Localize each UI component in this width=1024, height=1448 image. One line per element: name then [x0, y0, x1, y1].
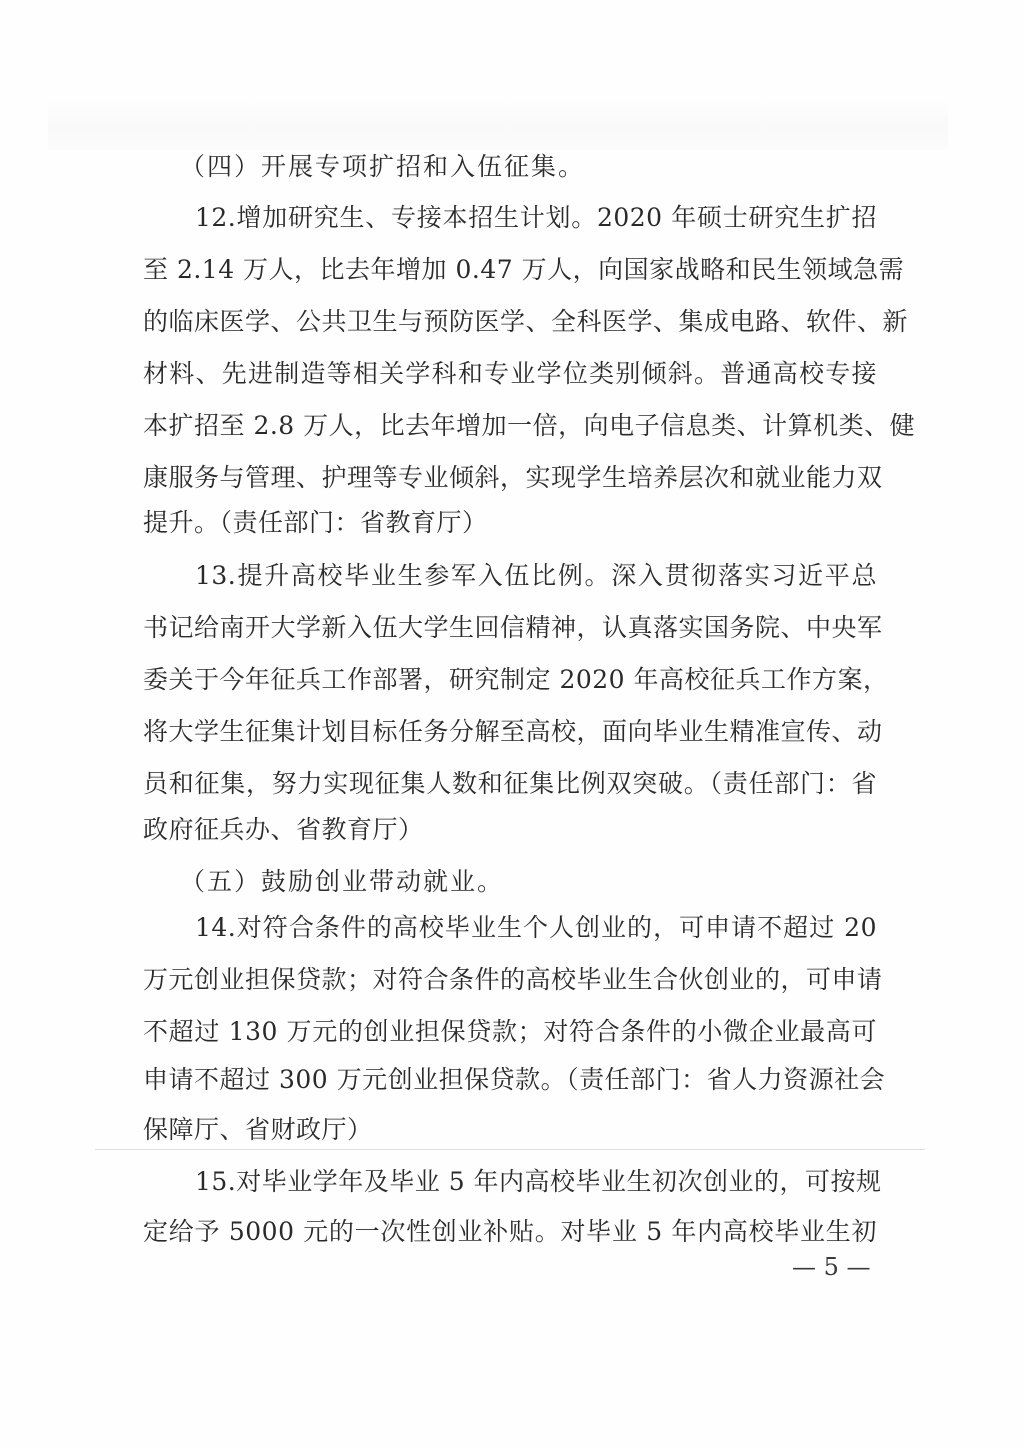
item-12-line-3: 的临床医学、公共卫生与预防医学、全科医学、集成电路、软件、新 — [143, 305, 877, 339]
item-12-line-5: 本扩招至 2.8 万人，比去年增加一倍，向电子信息类、计算机类、健 — [143, 409, 877, 443]
section-heading-5: （五）鼓励创业带动就业。 — [180, 865, 504, 899]
page-number: — 5 — — [792, 1252, 871, 1282]
item-14-line-3: 不超过 130 万元的创业担保贷款；对符合条件的小微企业最高可 — [143, 1015, 877, 1049]
item-12-line-7: 提升。（责任部门：省教育厅） — [143, 506, 877, 540]
item-12-line-4: 材料、先进制造等相关学科和专业学位类别倾斜。普通高校专接 — [143, 357, 877, 391]
item-13-line-6: 政府征兵办、省教育厅） — [143, 813, 877, 847]
item-12-line-6: 康服务与管理、护理等专业倾斜，实现学生培养层次和就业能力双 — [143, 461, 877, 495]
item-12-line-2: 至 2.14 万人，比去年增加 0.47 万人，向国家战略和民生领域急需 — [143, 253, 877, 287]
item-13-line-4: 将大学生征集计划目标任务分解至高校，面向毕业生精准宣传、动 — [143, 715, 877, 749]
item-13-line-1: 13.提升高校毕业生参军入伍比例。深入贯彻落实习近平总 — [195, 559, 877, 593]
item-14-line-5: 保障厅、省财政厅） — [143, 1113, 877, 1147]
item-13-line-5: 员和征集，努力实现征集人数和征集比例双突破。（责任部门：省 — [143, 767, 877, 801]
item-15-line-2: 定给予 5000 元的一次性创业补贴。对毕业 5 年内高校毕业生初 — [143, 1215, 877, 1249]
document-page: （四）开展专项扩招和入伍征集。 12.增加研究生、专接本招生计划。2020 年硕… — [0, 0, 1024, 1448]
item-15-line-1: 15.对毕业学年及毕业 5 年内高校毕业生初次创业的，可按规 — [195, 1165, 877, 1199]
section-heading-4: （四）开展专项扩招和入伍征集。 — [180, 150, 585, 184]
divider-line — [95, 1149, 925, 1150]
item-13-line-3: 委关于今年征兵工作部署，研究制定 2020 年高校征兵工作方案， — [143, 663, 877, 697]
item-12-line-1: 12.增加研究生、专接本招生计划。2020 年硕士研究生扩招 — [195, 201, 877, 235]
item-14-line-2: 万元创业担保贷款；对符合条件的高校毕业生合伙创业的，可申请 — [143, 963, 877, 997]
item-13-line-2: 书记给南开大学新入伍大学生回信精神，认真落实国务院、中央军 — [143, 611, 877, 645]
item-14-line-4: 申请不超过 300 万元创业担保贷款。（责任部门：省人力资源社会 — [143, 1063, 877, 1097]
scan-shadow — [48, 95, 948, 150]
item-14-line-1: 14.对符合条件的高校毕业生个人创业的，可申请不超过 20 — [195, 911, 877, 945]
